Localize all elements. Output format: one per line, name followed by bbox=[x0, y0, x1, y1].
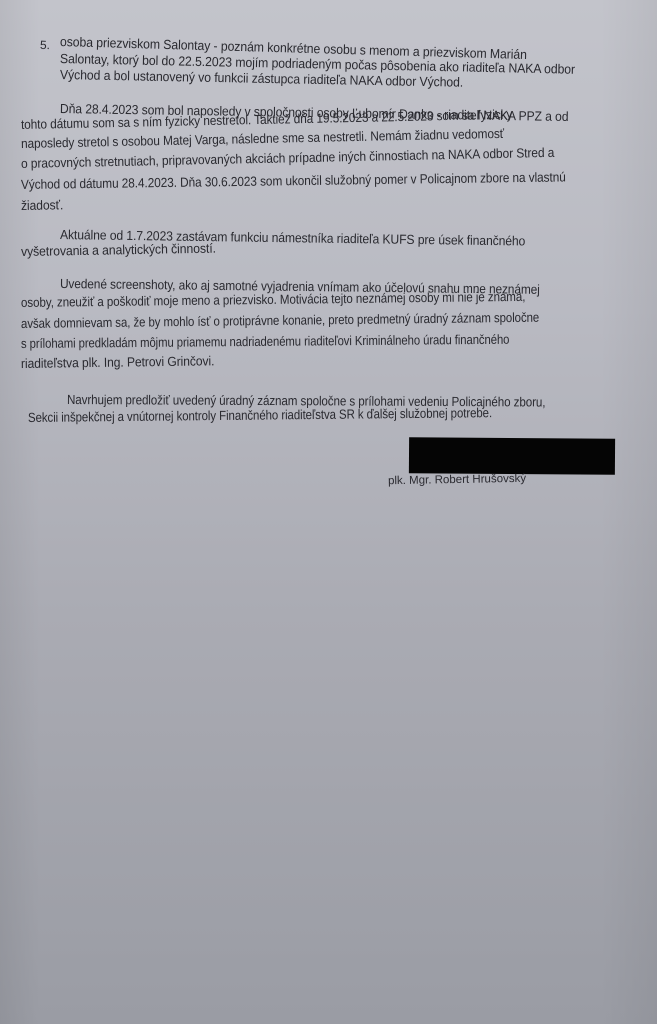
signature-name: plk. Mgr. Robert Hrušovský bbox=[388, 473, 526, 487]
p2-line-6: žiadosť. bbox=[21, 197, 64, 214]
p3-line-2: vyšetrovania a analytických činností. bbox=[21, 241, 216, 260]
signature-redaction bbox=[409, 437, 615, 474]
p2-line-5: Východ od dátumu 28.4.2023. Dňa 30.6.202… bbox=[21, 169, 566, 193]
document-page: 5. osoba priezviskom Salontay - poznám k… bbox=[0, 0, 657, 1024]
p4-line-4: s prílohami predkladám môjmu priamemu na… bbox=[21, 332, 509, 352]
p4-line-5: riaditeľstva plk. Ing. Petrovi Grinčovi. bbox=[21, 353, 215, 372]
p4-line-3: avšak domnievam sa, že by mohlo ísť o pr… bbox=[21, 310, 539, 332]
p5-line-2: Sekcii inšpekčnej a vnútornej kontroly F… bbox=[28, 405, 492, 426]
item-number: 5. bbox=[40, 38, 50, 52]
